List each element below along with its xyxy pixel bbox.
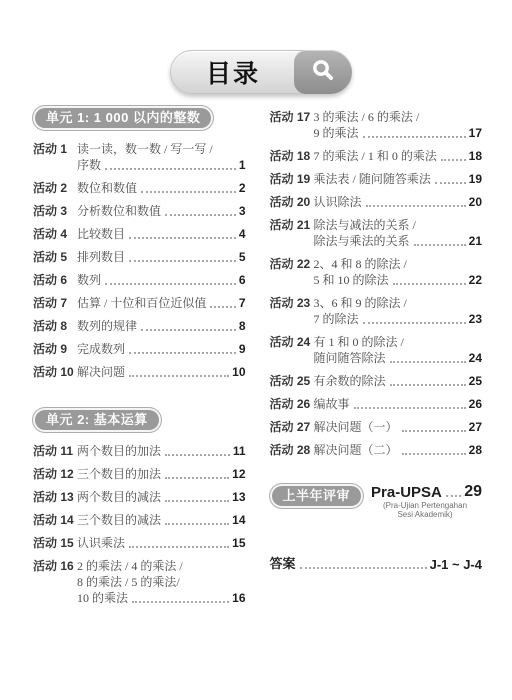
- dot-leader: [390, 384, 466, 386]
- activity-label: 活动 21: [270, 217, 314, 249]
- activity-title: 两个数目的加法: [77, 443, 161, 459]
- page-number: J-1 ~ J-4: [430, 557, 482, 572]
- activity-title: 估算 / 十位和百位近似值: [77, 295, 206, 311]
- toc-entry: 活动 20认识除法20: [270, 194, 483, 210]
- activity-title: 完成数列: [77, 341, 125, 357]
- entry-last-line: 分析数位和数值3: [77, 203, 246, 219]
- dot-leader: [393, 283, 466, 285]
- entry-last-line: 两个数目的减法13: [77, 489, 246, 505]
- entry-body: 数列6: [77, 272, 246, 288]
- activity-title: 解决问题: [77, 364, 125, 380]
- activity-label: 活动 22: [270, 256, 314, 288]
- entry-last-line: 5 和 10 的除法22: [314, 272, 483, 288]
- entry-body: 估算 / 十位和百位近似值7: [77, 295, 246, 311]
- dot-leader: [363, 136, 466, 138]
- activity-title: 9 的乘法: [314, 125, 359, 141]
- activity-label: 活动 10: [33, 364, 77, 380]
- page-number: 15: [232, 535, 245, 551]
- page-number: 13: [232, 489, 245, 505]
- entry-last-line: 数列的规律8: [77, 318, 246, 334]
- page-number: 19: [469, 171, 482, 187]
- page-number: 1: [239, 157, 246, 173]
- activity-title: 分析数位和数值: [77, 203, 161, 219]
- entry-last-line: 完成数列9: [77, 341, 246, 357]
- page-number: 4: [239, 226, 246, 242]
- entry-last-line: 三个数目的减法14: [77, 512, 246, 528]
- page-number: 21: [469, 233, 482, 249]
- entry-last-line: 序数1: [77, 157, 246, 173]
- entry-last-line: 认识除法20: [314, 194, 483, 210]
- activity-title: 数列: [77, 272, 101, 288]
- dot-leader: [165, 214, 236, 216]
- entry-body: 解决问题10: [77, 364, 246, 380]
- entry-last-line: 数列6: [77, 272, 246, 288]
- activity-title: 比较数目: [77, 226, 125, 242]
- page-number: 7: [239, 295, 246, 311]
- entry-last-line: 10 的乘法16: [77, 590, 246, 606]
- toc-entry: 活动 9完成数列9: [33, 341, 246, 357]
- page-number: 10: [232, 364, 245, 380]
- dot-leader: [105, 168, 236, 170]
- entry-body: 两个数目的减法13: [77, 489, 246, 505]
- activity-label: 活动 19: [270, 171, 314, 187]
- entry-last-line: 解决问题10: [77, 364, 246, 380]
- page-number: 8: [239, 318, 246, 334]
- activity-label: 活动 6: [33, 272, 77, 288]
- activity-title: 7 的除法: [314, 311, 359, 327]
- entry-body: 分析数位和数值3: [77, 203, 246, 219]
- activity-label: 活动 7: [33, 295, 77, 311]
- page-number: 2: [239, 180, 246, 196]
- dot-leader: [165, 523, 229, 525]
- page-title: 目录: [171, 51, 295, 93]
- entry-last-line: 估算 / 十位和百位近似值7: [77, 295, 246, 311]
- toc-entry: 活动 15认识乘法15: [33, 535, 246, 551]
- dot-leader: [129, 237, 236, 239]
- entry-body: 两个数目的加法11: [77, 443, 246, 459]
- dot-leader: [414, 244, 466, 246]
- page-number: 11: [233, 443, 246, 459]
- toc-entry: 活动 5排列数目5: [33, 249, 246, 265]
- dot-leader: [210, 306, 235, 308]
- dot-leader: [129, 546, 229, 548]
- toc-entry: 活动 12三个数目的加法12: [33, 466, 246, 482]
- toc-entry: 活动 162 的乘法 / 4 的乘法 /8 的乘法 / 5 的乘法/10 的乘法…: [33, 558, 246, 606]
- activity-title-line: 读一读，数一数 / 写一写 /: [77, 141, 246, 157]
- dot-leader: [165, 477, 229, 479]
- entry-body: 解决问题（二）28: [314, 442, 483, 458]
- toc-page: 目录 单元 1: 1 000 以内的整数活动 1读一读，数一数 / 写一写 /序…: [0, 0, 512, 700]
- page-number: 3: [239, 203, 246, 219]
- toc-entry: 活动 27解决问题（一）27: [270, 419, 483, 435]
- activity-title: 编故事: [314, 396, 350, 412]
- dot-leader: [435, 182, 466, 184]
- entry-last-line: 9 的乘法17: [314, 125, 483, 141]
- review-subtitle-line: Sesi Akademik): [371, 510, 479, 519]
- review-block: 上半年评审Pra-UPSA29(Pra-Ujian PertengahanSes…: [270, 484, 483, 519]
- toc-entry: 活动 28解决问题（二）28: [270, 442, 483, 458]
- activity-label: 活动 28: [270, 442, 314, 458]
- activity-label: 活动 2: [33, 180, 77, 196]
- activity-label: 活动 4: [33, 226, 77, 242]
- toc-entry: 活动 26编故事26: [270, 396, 483, 412]
- activity-title: 认识除法: [314, 194, 362, 210]
- activity-title-line: 3、6 和 9 的除法 /: [314, 295, 483, 311]
- activity-label: 活动 5: [33, 249, 77, 265]
- entry-last-line: 乘法表 / 随问随答乘法19: [314, 171, 483, 187]
- entry-body: 排列数目5: [77, 249, 246, 265]
- toc-header-pill: 目录: [170, 50, 352, 94]
- page-number: 17: [469, 125, 482, 141]
- activity-label: 活动 8: [33, 318, 77, 334]
- toc-entry: 活动 10解决问题10: [33, 364, 246, 380]
- activity-title: 三个数目的减法: [77, 512, 161, 528]
- review-body: Pra-UPSA29(Pra-Ujian PertengahanSesi Aka…: [371, 484, 482, 519]
- dot-leader: [446, 495, 461, 497]
- toc-entry: 活动 233、6 和 9 的除法 /7 的除法23: [270, 295, 483, 327]
- activity-title-line: 有 1 和 0 的除法 /: [314, 334, 483, 350]
- entry-last-line: 除法与乘法的关系21: [314, 233, 483, 249]
- page-number: 6: [239, 272, 246, 288]
- entry-body: 7 的乘法 / 1 和 0 的乘法18: [314, 148, 483, 164]
- page-number: 27: [469, 419, 482, 435]
- activity-title: 乘法表 / 随问随答乘法: [314, 171, 431, 187]
- entry-body: 三个数目的加法12: [77, 466, 246, 482]
- activity-label: 活动 1: [33, 141, 77, 173]
- activity-label: 活动 20: [270, 194, 314, 210]
- dot-leader: [129, 375, 229, 377]
- entry-last-line: Pra-UPSA29: [371, 484, 482, 500]
- answers-row: 答案J-1 ~ J-4: [270, 553, 483, 572]
- entry-body: 3 的乘法 / 6 的乘法 /9 的乘法17: [314, 109, 483, 141]
- entry-body: 2 的乘法 / 4 的乘法 /8 的乘法 / 5 的乘法/10 的乘法16: [77, 558, 246, 606]
- review-title: Pra-UPSA: [371, 485, 442, 500]
- page-number: 20: [469, 194, 482, 210]
- entry-last-line: 比较数目4: [77, 226, 246, 242]
- entry-body: 认识乘法15: [77, 535, 246, 551]
- activity-title: 三个数目的加法: [77, 466, 161, 482]
- activity-title-line: 2 的乘法 / 4 的乘法 /: [77, 558, 246, 574]
- entry-last-line: 排列数目5: [77, 249, 246, 265]
- activity-label: 活动 27: [270, 419, 314, 435]
- toc-column-left: 单元 1: 1 000 以内的整数活动 1读一读，数一数 / 写一写 /序数1活…: [33, 106, 246, 613]
- activity-title: 数列的规律: [77, 318, 137, 334]
- dot-leader: [165, 454, 230, 456]
- dot-leader: [141, 191, 236, 193]
- dot-leader: [441, 159, 466, 161]
- dot-leader: [363, 322, 466, 324]
- page-number: 14: [232, 512, 245, 528]
- search-icon: [310, 57, 336, 88]
- activity-title-line: 3 的乘法 / 6 的乘法 /: [314, 109, 483, 125]
- toc-columns: 单元 1: 1 000 以内的整数活动 1读一读，数一数 / 写一写 /序数1活…: [33, 106, 482, 613]
- entry-body: 数列的规律8: [77, 318, 246, 334]
- toc-entry: 活动 1读一读，数一数 / 写一写 /序数1: [33, 141, 246, 173]
- search-tab: [294, 50, 352, 94]
- toc-entry: 活动 14三个数目的减法14: [33, 512, 246, 528]
- page-number: 29: [464, 484, 482, 500]
- entry-last-line: 7 的乘法 / 1 和 0 的乘法18: [314, 148, 483, 164]
- review-badge: 上半年评审: [270, 484, 364, 508]
- activity-label: 活动 3: [33, 203, 77, 219]
- dot-leader: [300, 567, 427, 569]
- activity-title-line: 2、4 和 8 的除法 /: [314, 256, 483, 272]
- entry-body: 解决问题（一）27: [314, 419, 483, 435]
- activity-label: 活动 14: [33, 512, 77, 528]
- entry-body: 比较数目4: [77, 226, 246, 242]
- activity-title: 随问随答除法: [314, 350, 386, 366]
- page-number: 18: [469, 148, 482, 164]
- page-number: 28: [469, 442, 482, 458]
- dot-leader: [390, 361, 466, 363]
- entry-body: 编故事26: [314, 396, 483, 412]
- entry-last-line: 有余数的除法25: [314, 373, 483, 389]
- entry-body: 除法与减法的关系 /除法与乘法的关系21: [314, 217, 483, 249]
- activity-label: 活动 24: [270, 334, 314, 366]
- activity-title: 除法与乘法的关系: [314, 233, 410, 249]
- activity-label: 活动 23: [270, 295, 314, 327]
- activity-label: 活动 17: [270, 109, 314, 141]
- toc-entry: 活动 24有 1 和 0 的除法 /随问随答除法24: [270, 334, 483, 366]
- entry-body: 数位和数值2: [77, 180, 246, 196]
- entry-last-line: 数位和数值2: [77, 180, 246, 196]
- entry-body: 认识除法20: [314, 194, 483, 210]
- toc-entry: 活动 11两个数目的加法11: [33, 443, 246, 459]
- entry-body: 三个数目的减法14: [77, 512, 246, 528]
- dot-leader: [402, 453, 466, 455]
- activity-label: 活动 9: [33, 341, 77, 357]
- entry-last-line: 7 的除法23: [314, 311, 483, 327]
- entry-body: 2、4 和 8 的除法 /5 和 10 的除法22: [314, 256, 483, 288]
- dot-leader: [141, 329, 236, 331]
- entry-last-line: 解决问题（一）27: [314, 419, 483, 435]
- activity-title: 5 和 10 的除法: [314, 272, 389, 288]
- activity-label: 活动 25: [270, 373, 314, 389]
- activity-title: 解决问题（一）: [314, 419, 398, 435]
- entry-last-line: 编故事26: [314, 396, 483, 412]
- toc-entry: 活动 13两个数目的减法13: [33, 489, 246, 505]
- activity-title: 有余数的除法: [314, 373, 386, 389]
- page-number: 23: [469, 311, 482, 327]
- activity-label: 活动 13: [33, 489, 77, 505]
- activity-label: 活动 15: [33, 535, 77, 551]
- toc-entry: 活动 3分析数位和数值3: [33, 203, 246, 219]
- activity-title: 序数: [77, 157, 101, 173]
- dot-leader: [105, 283, 236, 285]
- page-number: 26: [469, 396, 482, 412]
- page-number: 22: [469, 272, 482, 288]
- toc-entry: 活动 2数位和数值2: [33, 180, 246, 196]
- activity-title: 解决问题（二）: [314, 442, 398, 458]
- answers-label: 答案: [270, 553, 296, 572]
- entry-body: 3、6 和 9 的除法 /7 的除法23: [314, 295, 483, 327]
- activity-title-line: 除法与减法的关系 /: [314, 217, 483, 233]
- dot-leader: [132, 601, 229, 603]
- toc-entry: 活动 222、4 和 8 的除法 /5 和 10 的除法22: [270, 256, 483, 288]
- activity-label: 活动 16: [33, 558, 77, 606]
- activity-title: 10 的乘法: [77, 590, 128, 606]
- dot-leader: [354, 407, 466, 409]
- page-number: 25: [469, 373, 482, 389]
- unit-badge: 单元 2: 基本运算: [33, 408, 161, 432]
- toc-entry: 活动 21除法与减法的关系 /除法与乘法的关系21: [270, 217, 483, 249]
- unit-badge: 单元 1: 1 000 以内的整数: [33, 106, 213, 130]
- activity-label: 活动 12: [33, 466, 77, 482]
- toc-entry: 活动 8数列的规律8: [33, 318, 246, 334]
- toc-entry: 活动 6数列6: [33, 272, 246, 288]
- activity-title: 7 的乘法 / 1 和 0 的乘法: [314, 148, 437, 164]
- toc-entry: 活动 7估算 / 十位和百位近似值7: [33, 295, 246, 311]
- page-number: 12: [232, 466, 245, 482]
- activity-label: 活动 18: [270, 148, 314, 164]
- dot-leader: [366, 205, 466, 207]
- toc-entry: 活动 19乘法表 / 随问随答乘法19: [270, 171, 483, 187]
- page-number: 9: [239, 341, 246, 357]
- activity-label: 活动 11: [33, 443, 77, 459]
- activity-title: 认识乘法: [77, 535, 125, 551]
- activity-title: 两个数目的减法: [77, 489, 161, 505]
- entry-last-line: 认识乘法15: [77, 535, 246, 551]
- entry-body: 有余数的除法25: [314, 373, 483, 389]
- review-subtitle: (Pra-Ujian PertengahanSesi Akademik): [371, 501, 479, 519]
- dot-leader: [402, 430, 466, 432]
- toc-entry: 活动 187 的乘法 / 1 和 0 的乘法18: [270, 148, 483, 164]
- toc-entry: 活动 173 的乘法 / 6 的乘法 /9 的乘法17: [270, 109, 483, 141]
- entry-last-line: 随问随答除法24: [314, 350, 483, 366]
- entry-last-line: 解决问题（二）28: [314, 442, 483, 458]
- toc-entry: 活动 25有余数的除法25: [270, 373, 483, 389]
- activity-title-line: 8 的乘法 / 5 的乘法/: [77, 574, 246, 590]
- page-number: 16: [232, 590, 245, 606]
- entry-body: 读一读，数一数 / 写一写 /序数1: [77, 141, 246, 173]
- dot-leader: [129, 352, 236, 354]
- toc-entry: 活动 4比较数目4: [33, 226, 246, 242]
- page-number: 5: [239, 249, 246, 265]
- entry-last-line: 两个数目的加法11: [77, 443, 246, 459]
- entry-body: 有 1 和 0 的除法 /随问随答除法24: [314, 334, 483, 366]
- activity-title: 数位和数值: [77, 180, 137, 196]
- entry-body: 完成数列9: [77, 341, 246, 357]
- page-number: 24: [469, 350, 482, 366]
- review-subtitle-line: (Pra-Ujian Pertengahan: [371, 501, 479, 510]
- dot-leader: [165, 500, 229, 502]
- entry-body: 乘法表 / 随问随答乘法19: [314, 171, 483, 187]
- activity-label: 活动 26: [270, 396, 314, 412]
- activity-title: 排列数目: [77, 249, 125, 265]
- entry-last-line: 三个数目的加法12: [77, 466, 246, 482]
- dot-leader: [129, 260, 236, 262]
- toc-column-right: 活动 173 的乘法 / 6 的乘法 /9 的乘法17活动 187 的乘法 / …: [270, 106, 483, 613]
